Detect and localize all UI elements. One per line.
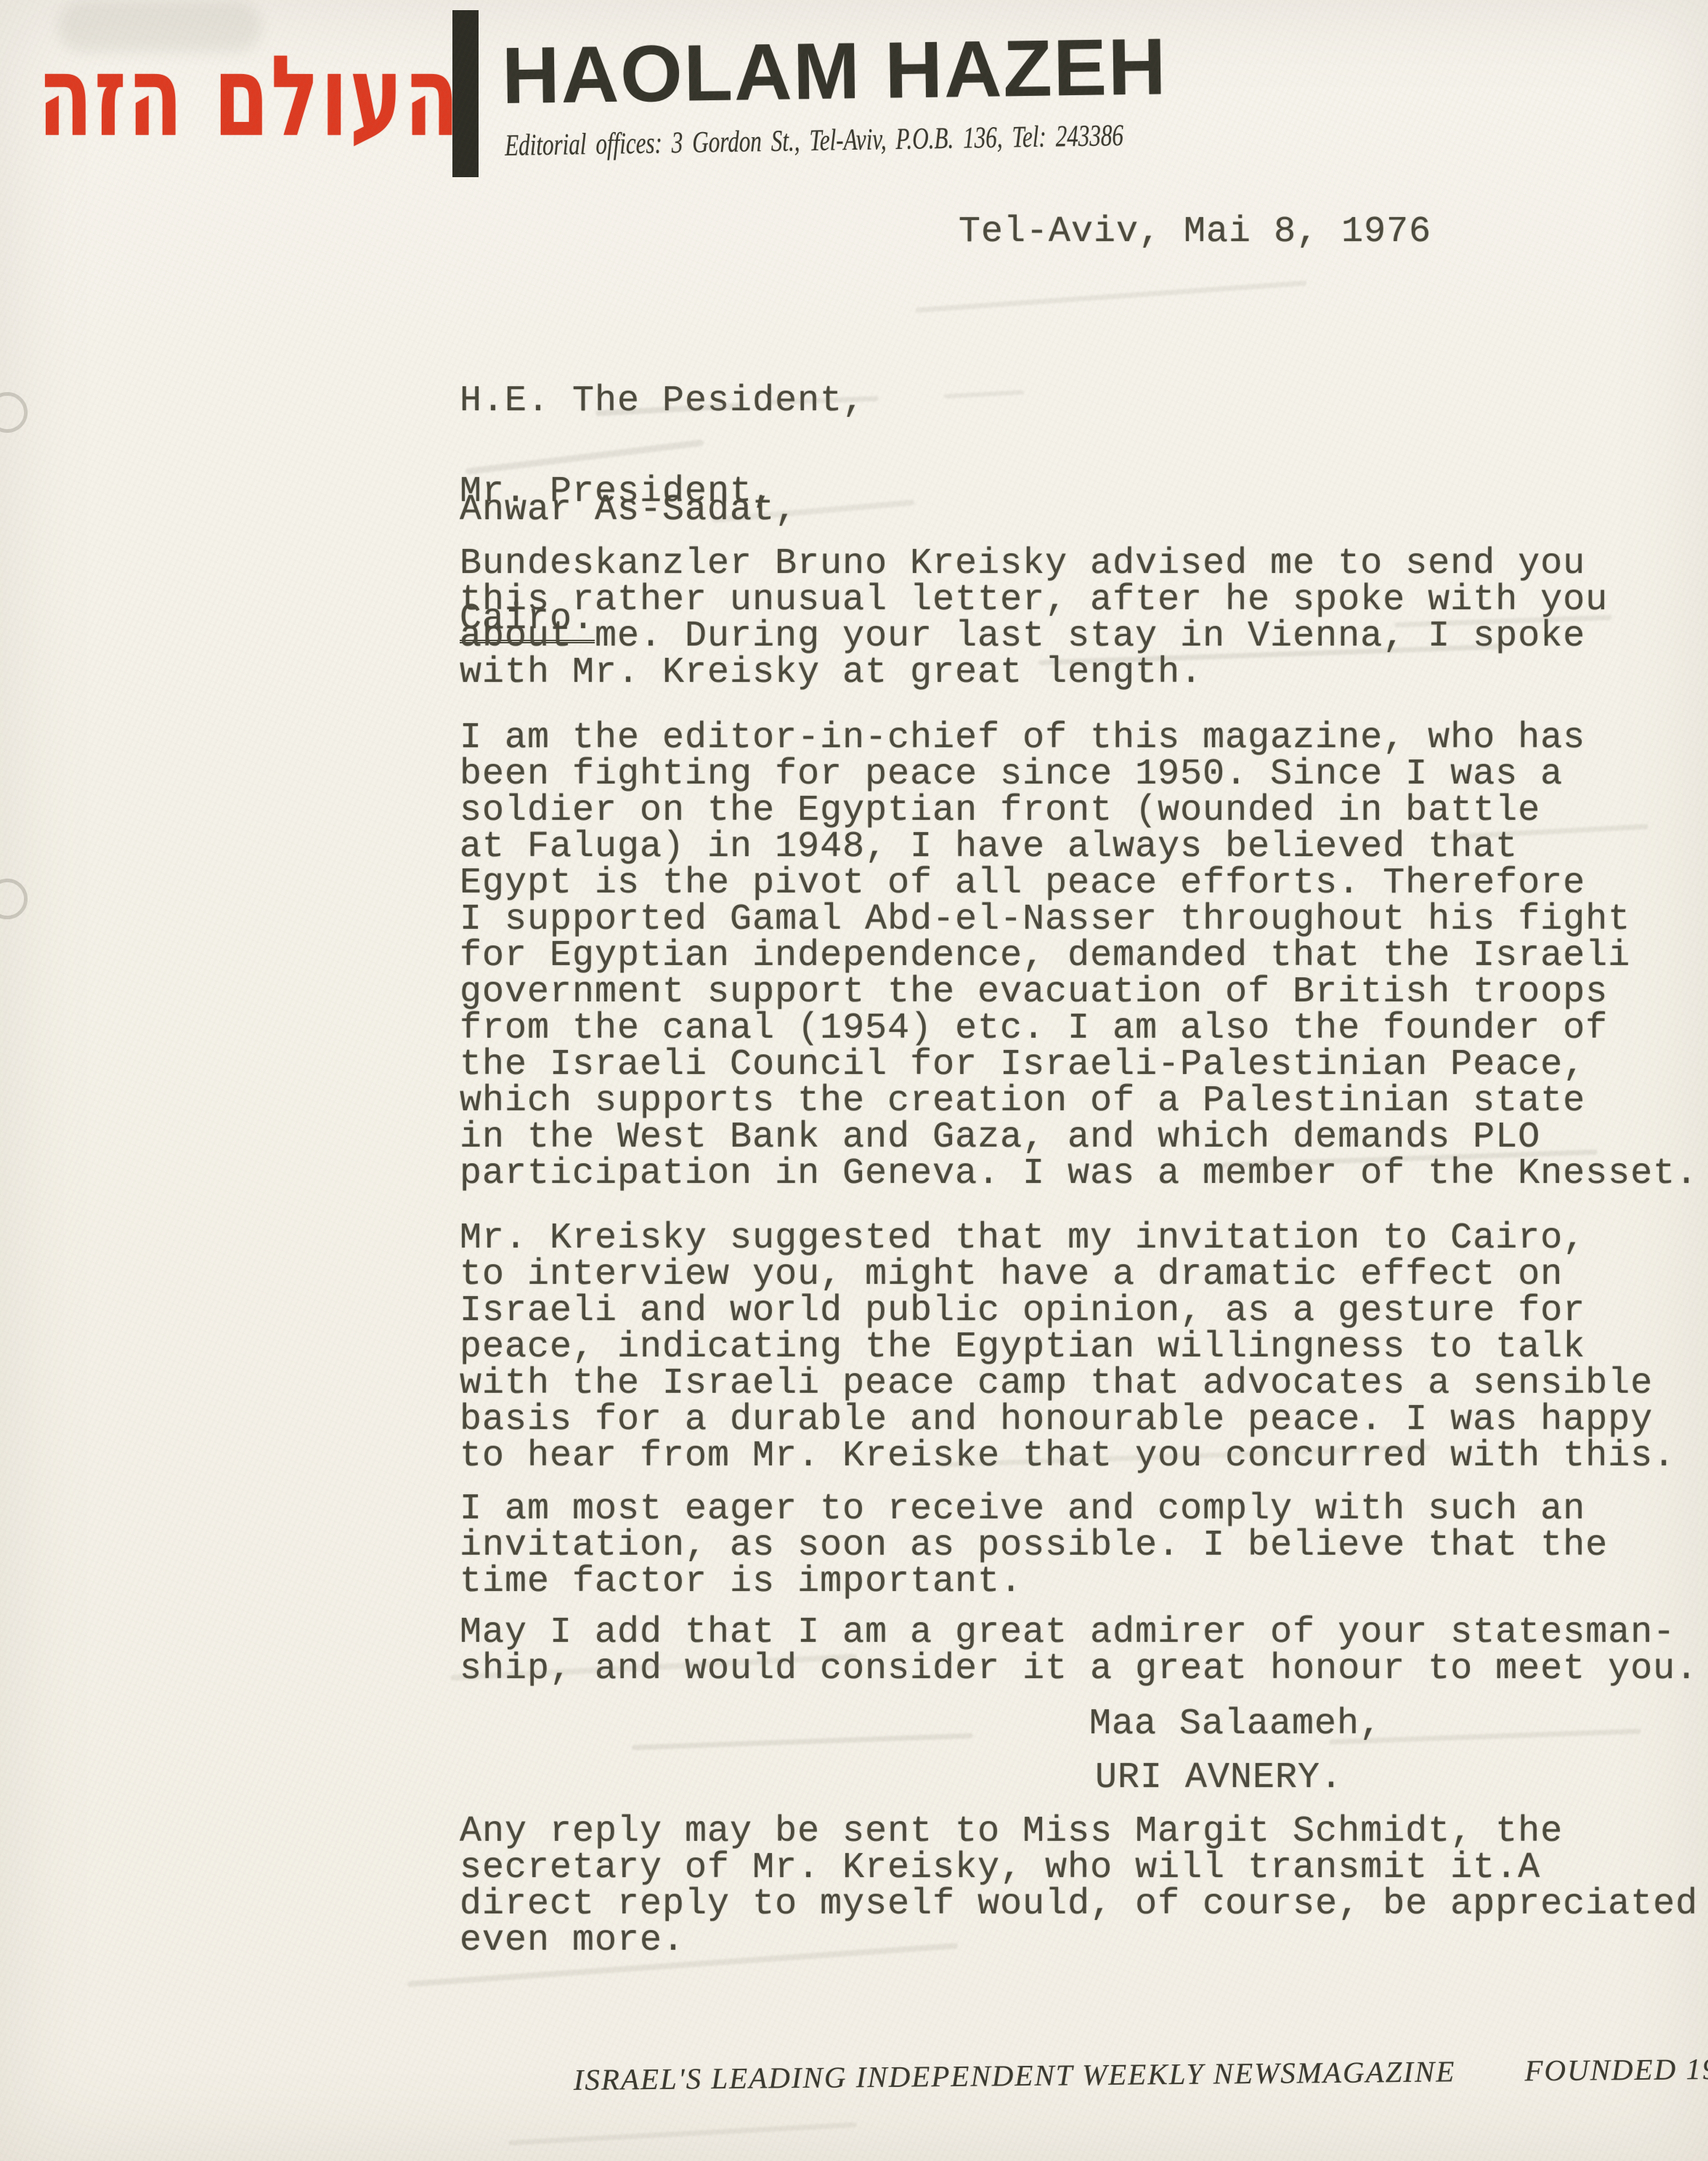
scan-smudge [632, 1733, 973, 1750]
punch-mark [0, 392, 28, 433]
postscript-paragraph: Any reply may be sent to Miss Margit Sch… [460, 1814, 1698, 1959]
editorial-offices-line: Editorial offices: 3 Gordon St., Tel-Avi… [505, 119, 1123, 163]
footer-slogan: ISRAEL'S LEADING INDEPENDENT WEEKLY NEWS… [574, 2054, 1456, 2097]
scan-smudge [508, 2122, 857, 2145]
dateline: Tel-Aviv, Mai 8, 1976 [959, 214, 1431, 251]
letter-page: העולם הזה HAOLAM HAZEH Editorial offices… [0, 0, 1708, 2161]
scan-smudge [915, 280, 1306, 313]
salutation: Mr. President, [460, 474, 775, 510]
footer-founded: FOUNDED 1936 [1524, 2051, 1708, 2088]
magazine-name: HAOLAM HAZEH [501, 27, 1168, 116]
closing-farewell: Maa Salaameh, [1089, 1706, 1382, 1743]
body-paragraph-3: Mr. Kreisky suggested that my invitation… [460, 1221, 1675, 1475]
haolam-hazeh-hebrew-logo: העולם הזה [38, 42, 460, 153]
body-paragraph-4: I am most eager to receive and comply wi… [460, 1491, 1608, 1600]
signature-name: URI AVNERY. [1095, 1760, 1343, 1796]
letterhead-divider-bar [452, 10, 479, 177]
recipient-line-title: H.E. The Pesident, [460, 383, 865, 420]
punch-mark [0, 879, 28, 919]
body-paragraph-2: I am the editor-in-chief of this magazin… [460, 720, 1698, 1192]
body-paragraph-5: May I add that I am a great admirer of y… [460, 1615, 1698, 1688]
footer-slogan-line: ISRAEL'S LEADING INDEPENDENT WEEKLY NEWS… [574, 2051, 1708, 2097]
scan-smudge [944, 390, 1024, 399]
body-paragraph-1: Bundeskanzler Bruno Kreisky advised me t… [460, 546, 1608, 691]
